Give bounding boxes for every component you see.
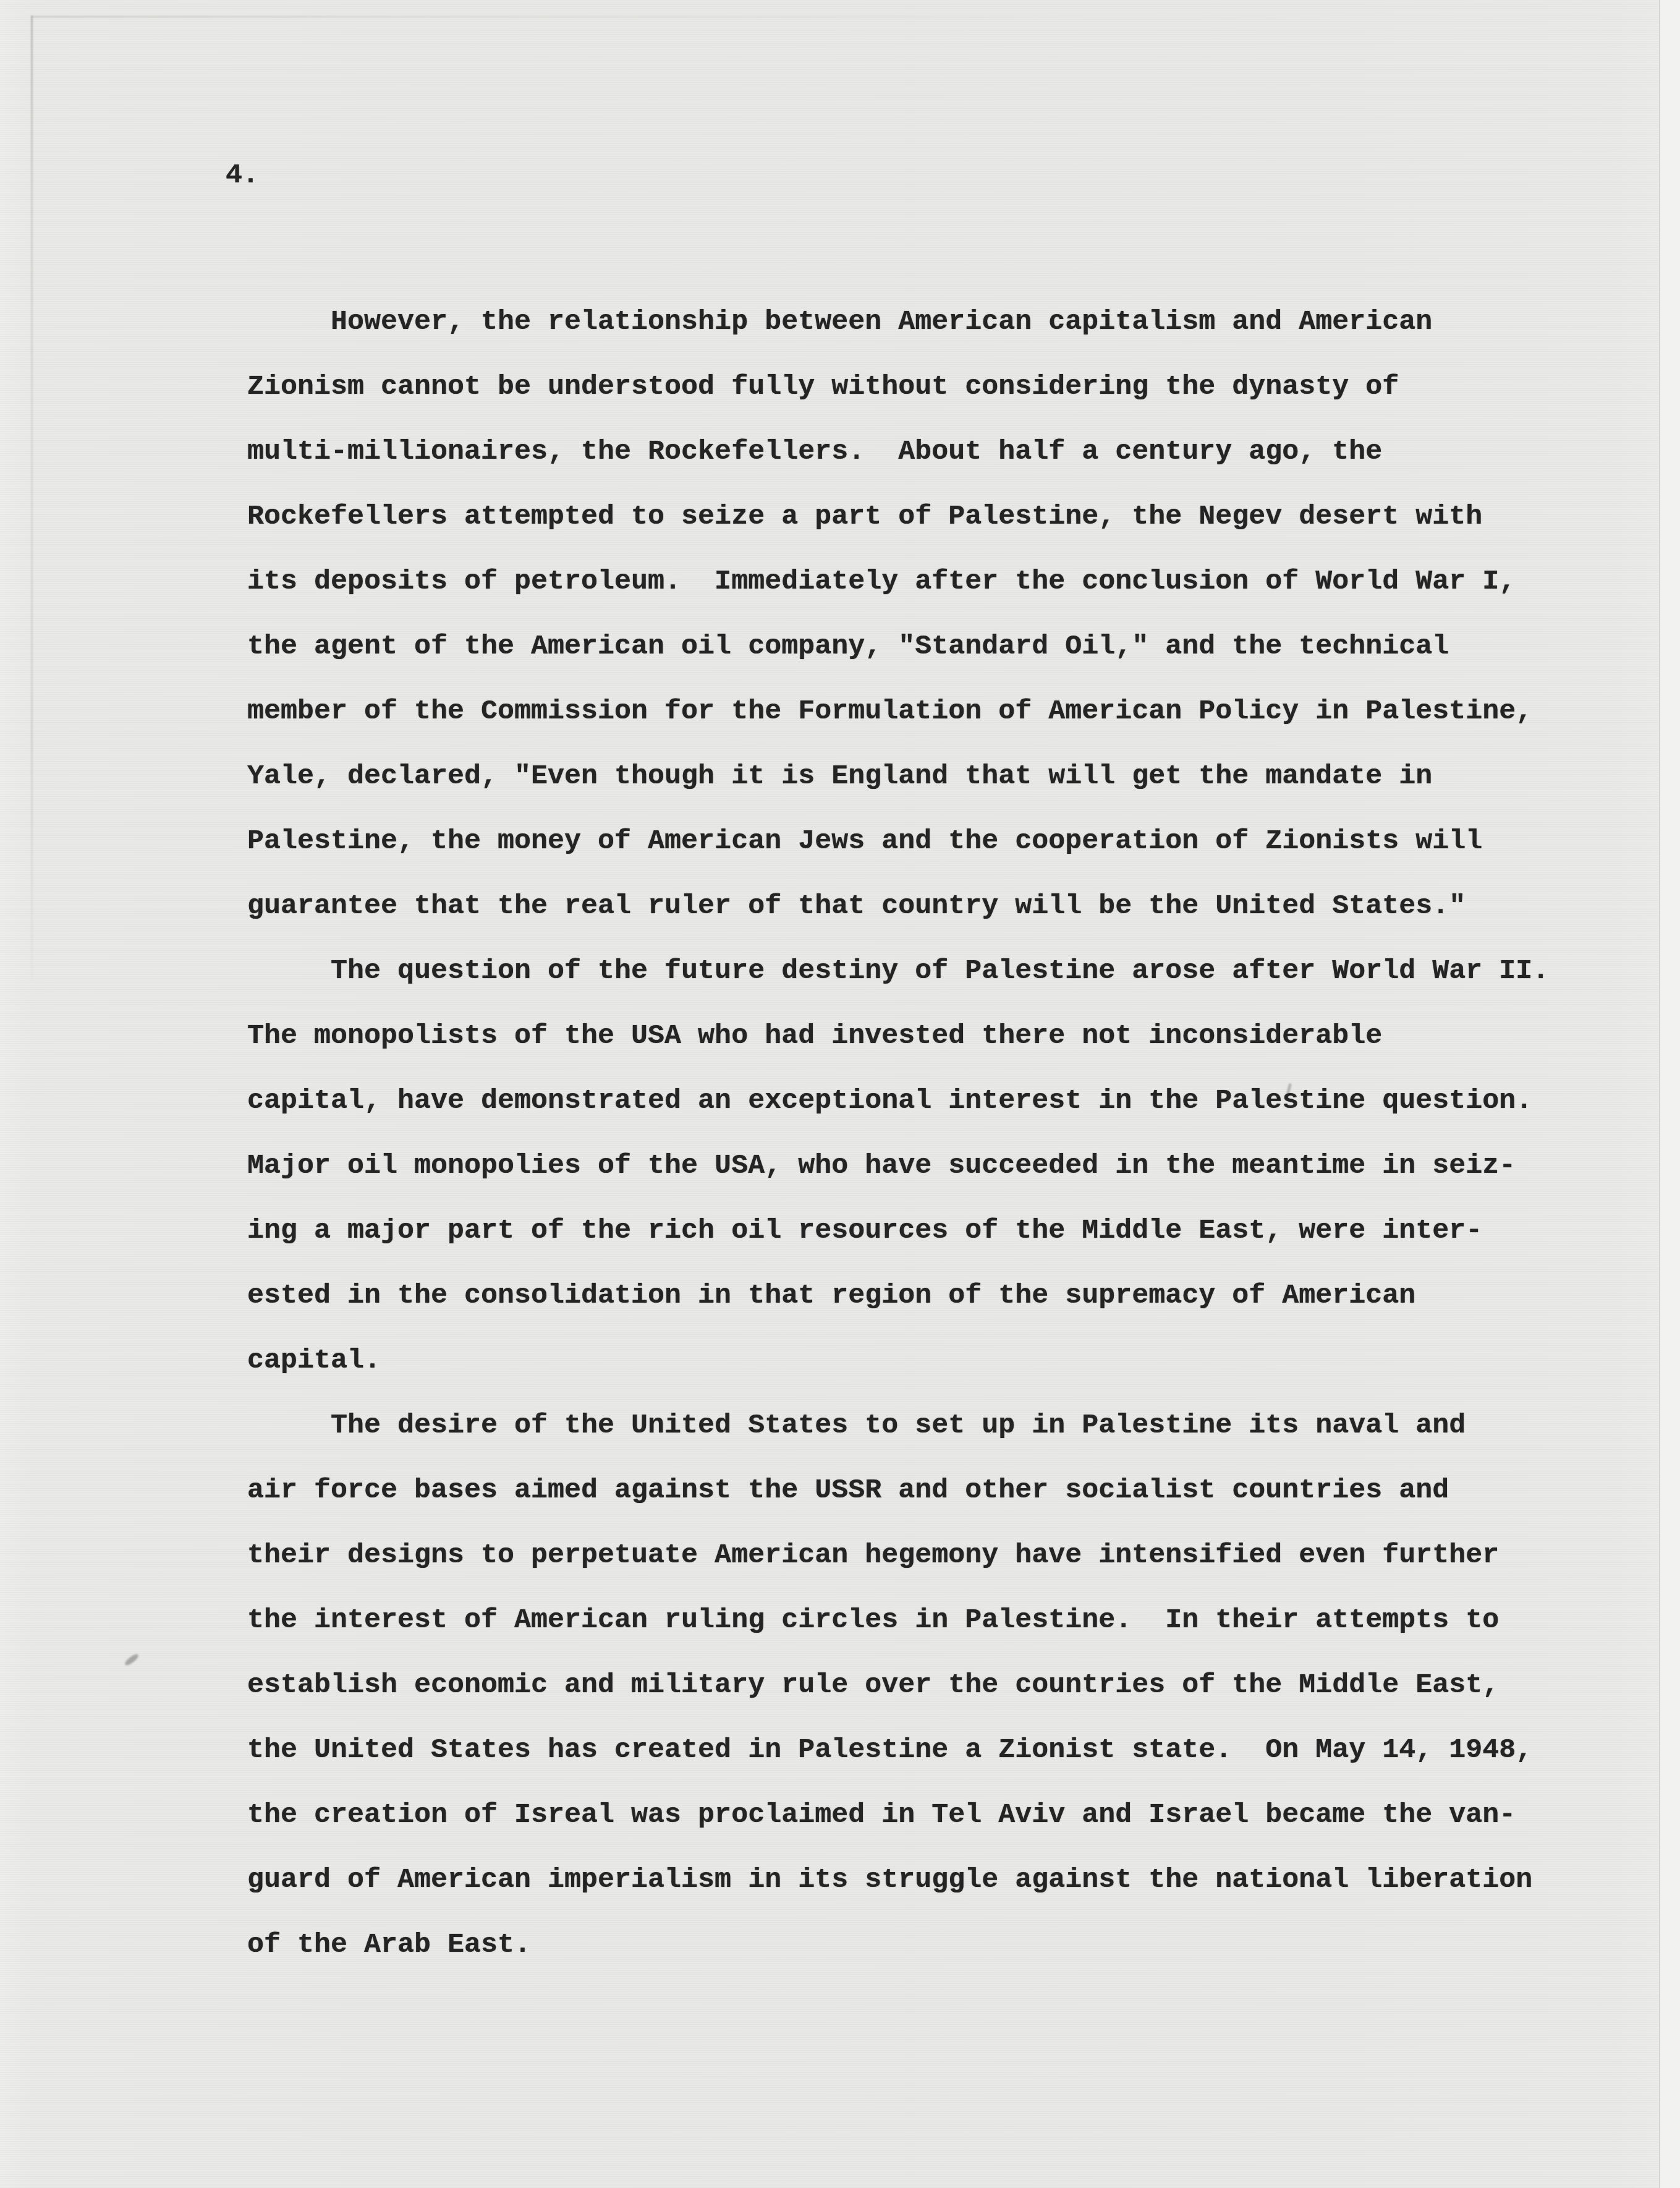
text-line: capital, have demonstrated an exceptiona… [247, 1068, 1595, 1133]
text-line: member of the Commission for the Formula… [247, 679, 1595, 744]
text-block: However, the relationship between Americ… [247, 289, 1595, 1977]
margin-pen-mark [124, 1653, 140, 1667]
top-edge-crease [32, 16, 1095, 17]
text-line: ested in the consolidation in that regio… [247, 1263, 1595, 1328]
text-line: ing a major part of the rich oil resourc… [247, 1198, 1595, 1263]
text-line: the interest of American ruling circles … [247, 1588, 1595, 1653]
text-line: Major oil monopolies of the USA, who hav… [247, 1133, 1595, 1198]
text-line: establish economic and military rule ove… [247, 1653, 1595, 1718]
text-line: the agent of the American oil company, "… [247, 614, 1595, 679]
text-line: The desire of the United States to set u… [247, 1393, 1595, 1458]
text-line: its deposits of petroleum. Immediately a… [247, 549, 1595, 614]
right-paper-edge [1659, 0, 1680, 2188]
text-line: guarantee that the real ruler of that co… [247, 874, 1595, 939]
text-line: Yale, declared, "Even though it is Engla… [247, 744, 1595, 809]
scanned-page: 4. However, the relationship between Ame… [0, 0, 1659, 2188]
text-line: the United States has created in Palesti… [247, 1718, 1595, 1782]
text-line: capital. [247, 1328, 1595, 1393]
text-line: their designs to perpetuate American heg… [247, 1523, 1595, 1588]
text-line: Zionism cannot be understood fully witho… [247, 354, 1595, 419]
text-line: The monopolists of the USA who had inves… [247, 1003, 1595, 1068]
text-line: Rockefellers attempted to seize a part o… [247, 484, 1595, 549]
text-line: The question of the future destiny of Pa… [247, 939, 1595, 1003]
text-line: multi-millionaires, the Rockefellers. Ab… [247, 419, 1595, 484]
text-line: of the Arab East. [247, 1912, 1595, 1977]
page-number: 4. [226, 160, 259, 191]
text-line: guard of American imperialism in its str… [247, 1847, 1595, 1912]
left-fold-crease [31, 15, 33, 980]
text-line: Palestine, the money of American Jews an… [247, 809, 1595, 874]
text-line: the creation of Isreal was proclaimed in… [247, 1782, 1595, 1847]
text-line: However, the relationship between Americ… [247, 289, 1595, 354]
text-line: air force bases aimed against the USSR a… [247, 1458, 1595, 1523]
